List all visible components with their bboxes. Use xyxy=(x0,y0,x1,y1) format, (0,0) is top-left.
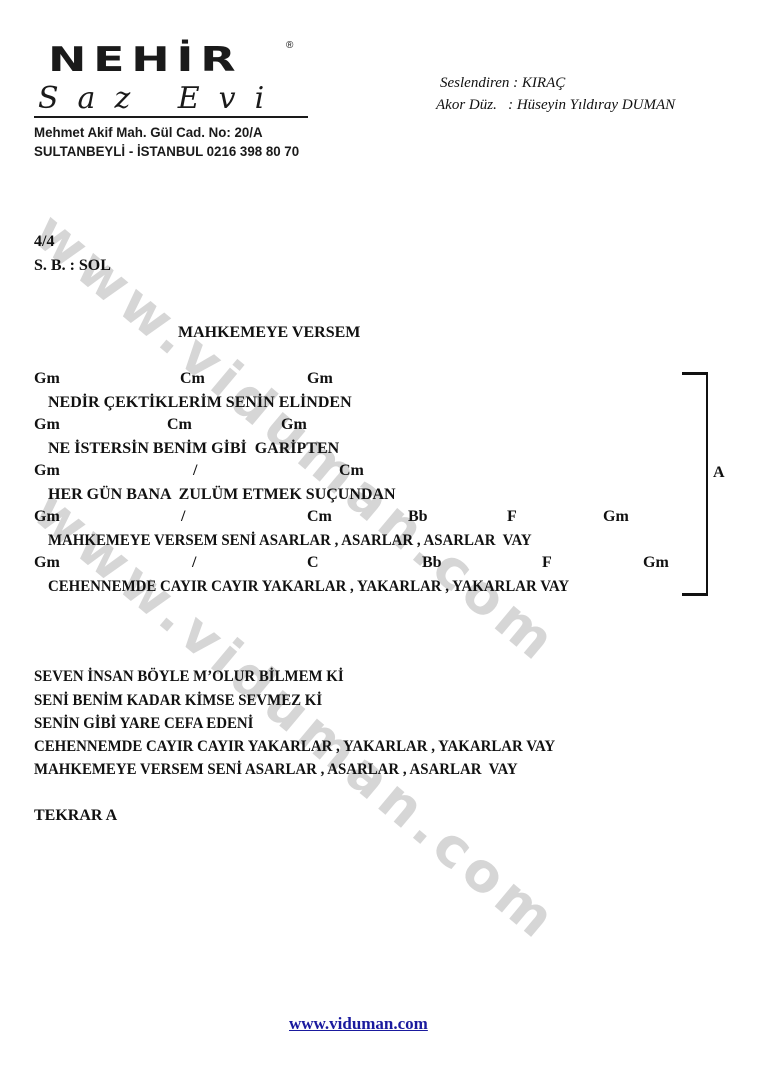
section-bracket xyxy=(682,372,708,596)
address-line-2: SULTANBEYLİ - İSTANBUL 0216 398 80 70 xyxy=(34,143,319,159)
chord: Gm xyxy=(34,416,60,434)
chord: Bb xyxy=(422,554,442,572)
registered-mark-icon: ® xyxy=(286,40,293,51)
verse-line: CEHENNEMDE CAYIR CAYIR YAKARLAR , YAKARL… xyxy=(34,737,555,757)
chord: / xyxy=(181,508,185,526)
chord: Cm xyxy=(307,508,332,526)
chord: / xyxy=(192,554,196,572)
chord: Gm xyxy=(34,370,60,388)
key-signature: S. B. : SOL xyxy=(34,256,111,276)
lyric-line: MAHKEMEYE VERSEM SENİ ASARLAR , ASARLAR … xyxy=(48,531,532,551)
section-label: A xyxy=(713,464,725,482)
credits: Seslendiren : KIRAÇ Akor Düz. : Hüseyin … xyxy=(436,72,675,116)
lyric-line: HER GÜN BANA ZULÜM ETMEK SUÇUNDAN xyxy=(48,485,396,505)
brand-logo: NEHİR ® Saz Evi Mehmet Akif Mah. Gül Cad… xyxy=(48,40,308,80)
verse-line: SENİN GİBİ YARE CEFA EDENİ xyxy=(34,714,253,734)
arranger: Akor Düz. : Hüseyin Yıldıray DUMAN xyxy=(436,94,675,116)
chord: Cm xyxy=(180,370,205,388)
chord: Gm xyxy=(603,508,629,526)
chord: Gm xyxy=(34,508,60,526)
chord: Gm xyxy=(281,416,307,434)
brand-name: NEHİR xyxy=(48,40,399,80)
chord: Cm xyxy=(167,416,192,434)
chord: Gm xyxy=(34,462,60,480)
chord: Bb xyxy=(408,508,428,526)
time-signature: 4/4 xyxy=(34,232,54,252)
lyric-line: CEHENNEMDE CAYIR CAYIR YAKARLAR , YAKARL… xyxy=(48,577,569,597)
verse-line: MAHKEMEYE VERSEM SENİ ASARLAR , ASARLAR … xyxy=(34,760,518,780)
chord: Cm xyxy=(339,462,364,480)
chord: F xyxy=(542,554,552,572)
chord: C xyxy=(307,554,319,572)
chord: F xyxy=(507,508,517,526)
chord: / xyxy=(193,462,197,480)
song-title: MAHKEMEYE VERSEM xyxy=(178,323,360,343)
brand-subtitle: Saz Evi xyxy=(34,82,308,118)
chord-sheet-page: NEHİR ® Saz Evi Mehmet Akif Mah. Gül Cad… xyxy=(0,0,768,1086)
chord: Gm xyxy=(34,554,60,572)
verse-line: SEVEN İNSAN BÖYLE M’OLUR BİLMEM Kİ xyxy=(34,667,344,687)
footer-website-link[interactable]: www.viduman.com xyxy=(289,1014,428,1034)
verse-line: SENİ BENİM KADAR KİMSE SEVMEZ Kİ xyxy=(34,691,322,711)
repeat-instruction: TEKRAR A xyxy=(34,806,117,826)
address-line-1: Mehmet Akif Mah. Gül Cad. No: 20/A xyxy=(34,124,319,140)
performer: Seslendiren : KIRAÇ xyxy=(436,72,675,94)
lyric-line: NEDİR ÇEKTİKLERİM SENİN ELİNDEN xyxy=(48,393,352,413)
chord: Gm xyxy=(643,554,669,572)
lyric-line: NE İSTERSİN BENİM GİBİ GARİPTEN xyxy=(48,439,339,459)
chord: Gm xyxy=(307,370,333,388)
